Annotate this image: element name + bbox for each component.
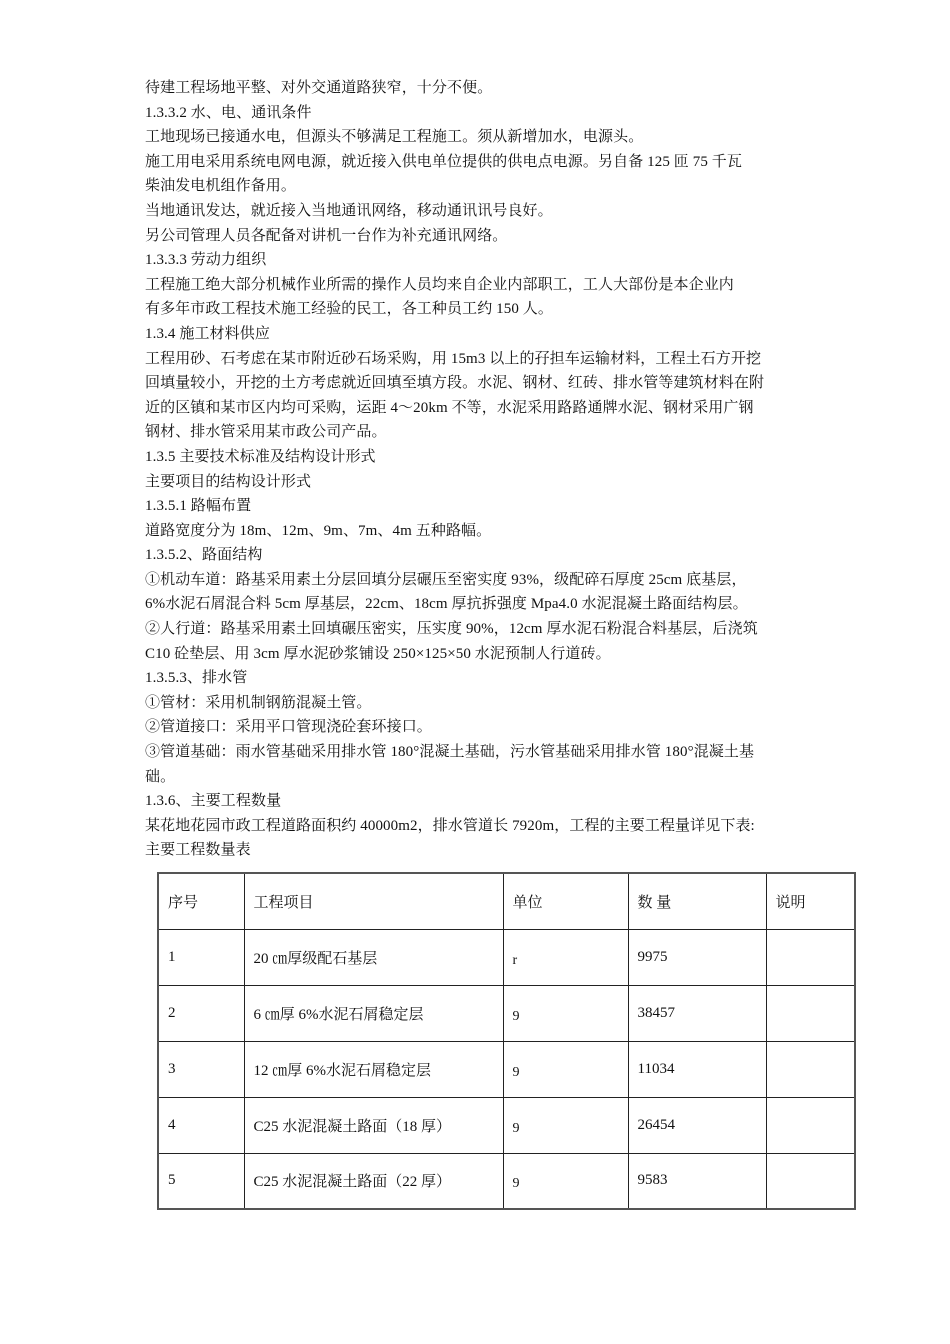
cell-qty: 9583 xyxy=(628,1153,766,1209)
section-heading: 1.3.5 主要技术标准及结构设计形式 xyxy=(145,445,809,470)
cell-qty: 9975 xyxy=(628,929,766,985)
text-line: 6%水泥石屑混合料 5cm 厚基层，22cm、18cm 厚抗拆强度 Mpa4.0… xyxy=(145,592,809,617)
text-line: ③管道基础：雨水管基础采用排水管 180°混凝土基础，污水管基础采用排水管 18… xyxy=(145,740,809,765)
table-row: 4 C25 水泥混凝土路面（18 厚） 9 26454 xyxy=(158,1097,855,1153)
cell-qty: 26454 xyxy=(628,1097,766,1153)
section-heading: 1.3.5.2、路面结构 xyxy=(145,543,809,568)
text-line: ②人行道：路基采用素土回填碾压密实，压实度 90%，12cm 厚水泥石粉混合料基… xyxy=(145,617,809,642)
unit-text: 9 xyxy=(513,1121,520,1136)
header-note: 说明 xyxy=(766,873,855,929)
document-body: 待建工程场地平整、对外交通道路狭窄，十分不便。 1.3.3.2 水、电、通讯条件… xyxy=(145,76,809,863)
table-row: 1 20 ㎝厚级配石基层 r 9975 xyxy=(158,929,855,985)
text-line: C10 砼垫层、用 3cm 厚水泥砂浆铺设 250×125×50 水泥预制人行道… xyxy=(145,642,809,667)
text-line: 柴油发电机组作备用。 xyxy=(145,174,809,199)
cell-note xyxy=(766,929,855,985)
cell-note xyxy=(766,985,855,1041)
cell-no: 4 xyxy=(158,1097,244,1153)
cell-item: C25 水泥混凝土路面（18 厚） xyxy=(244,1097,503,1153)
quantities-table-wrapper: 序号 工程项目 单位 数 量 说明 1 20 ㎝厚级配石基层 r 9975 2 … xyxy=(157,872,856,1210)
text-line: 施工用电采用系统电网电源，就近接入供电单位提供的供电点电源。另自备 125 匝 … xyxy=(145,150,809,175)
text-line: 有多年市政工程技术施工经验的民工，各工种员工约 150 人。 xyxy=(145,297,809,322)
cell-qty: 38457 xyxy=(628,985,766,1041)
text-line: 另公司管理人员各配备对讲机一台作为补充通讯网络。 xyxy=(145,224,809,249)
unit-text: r xyxy=(513,953,518,968)
text-line: 待建工程场地平整、对外交通道路狭窄，十分不便。 xyxy=(145,76,809,101)
cell-unit: 9 xyxy=(503,1097,628,1153)
text-line: 近的区镇和某市区内均可采购，运距 4～20km 不等，水泥采用路路通牌水泥、钢材… xyxy=(145,396,809,421)
cell-unit: 9 xyxy=(503,985,628,1041)
unit-text: 9 xyxy=(513,1009,520,1024)
cell-item: 12 ㎝厚 6%水泥石屑稳定层 xyxy=(244,1041,503,1097)
section-heading: 1.3.3.2 水、电、通讯条件 xyxy=(145,101,809,126)
text-line: 钢材、排水管采用某市政公司产品。 xyxy=(145,420,809,445)
cell-unit: 9 xyxy=(503,1041,628,1097)
unit-text: 9 xyxy=(513,1176,520,1191)
cell-note xyxy=(766,1097,855,1153)
section-heading: 1.3.4 施工材料供应 xyxy=(145,322,809,347)
text-line: 础。 xyxy=(145,765,809,790)
section-heading: 1.3.3.3 劳动力组织 xyxy=(145,248,809,273)
table-row: 5 C25 水泥混凝土路面（22 厚） 9 9583 xyxy=(158,1153,855,1209)
text-line: ①机动车道：路基采用素土分层回填分层碾压至密实度 93%，级配碎石厚度 25cm… xyxy=(145,568,809,593)
cell-qty: 11034 xyxy=(628,1041,766,1097)
header-qty: 数 量 xyxy=(628,873,766,929)
header-item: 工程项目 xyxy=(244,873,503,929)
cell-unit: 9 xyxy=(503,1153,628,1209)
table-caption: 主要工程数量表 xyxy=(145,838,809,863)
section-heading: 1.3.6、主要工程数量 xyxy=(145,789,809,814)
section-heading: 1.3.5.1 路幅布置 xyxy=(145,494,809,519)
text-line: ②管道接口：采用平口管现浇砼套环接口。 xyxy=(145,715,809,740)
text-line: 工程用砂、石考虑在某市附近砂石场采购，用 15m3 以上的孖担车运输材料，工程土… xyxy=(145,347,809,372)
text-line: 某花地花园市政工程道路面积约 40000m2，排水管道长 7920m，工程的主要… xyxy=(145,814,809,839)
text-line: ①管材：采用机制钢筋混凝土管。 xyxy=(145,691,809,716)
header-no: 序号 xyxy=(158,873,244,929)
text-line: 工地现场已接通水电，但源头不够满足工程施工。须从新增加水，电源头。 xyxy=(145,125,809,150)
table-header-row: 序号 工程项目 单位 数 量 说明 xyxy=(158,873,855,929)
cell-item: 20 ㎝厚级配石基层 xyxy=(244,929,503,985)
text-line: 工程施工绝大部分机械作业所需的操作人员均来自企业内部职工，工人大部份是本企业内 xyxy=(145,273,809,298)
unit-text: 9 xyxy=(513,1065,520,1080)
text-line: 道路宽度分为 18m、12m、9m、7m、4m 五种路幅。 xyxy=(145,519,809,544)
cell-item: 6 ㎝厚 6%水泥石屑稳定层 xyxy=(244,985,503,1041)
text-line: 回填量较小，开挖的土方考虑就近回填至填方段。水泥、钢材、红砖、排水管等建筑材料在… xyxy=(145,371,809,396)
header-unit: 单位 xyxy=(503,873,628,929)
table-row: 3 12 ㎝厚 6%水泥石屑稳定层 9 11034 xyxy=(158,1041,855,1097)
text-line: 当地通讯发达，就近接入当地通讯网络，移动通讯讯号良好。 xyxy=(145,199,809,224)
cell-unit: r xyxy=(503,929,628,985)
quantities-table: 序号 工程项目 单位 数 量 说明 1 20 ㎝厚级配石基层 r 9975 2 … xyxy=(157,872,856,1210)
cell-no: 2 xyxy=(158,985,244,1041)
text-line: 主要项目的结构设计形式 xyxy=(145,470,809,495)
cell-note xyxy=(766,1041,855,1097)
table-row: 2 6 ㎝厚 6%水泥石屑稳定层 9 38457 xyxy=(158,985,855,1041)
section-heading: 1.3.5.3、排水管 xyxy=(145,666,809,691)
cell-no: 1 xyxy=(158,929,244,985)
cell-no: 5 xyxy=(158,1153,244,1209)
cell-note xyxy=(766,1153,855,1209)
cell-item: C25 水泥混凝土路面（22 厚） xyxy=(244,1153,503,1209)
cell-no: 3 xyxy=(158,1041,244,1097)
